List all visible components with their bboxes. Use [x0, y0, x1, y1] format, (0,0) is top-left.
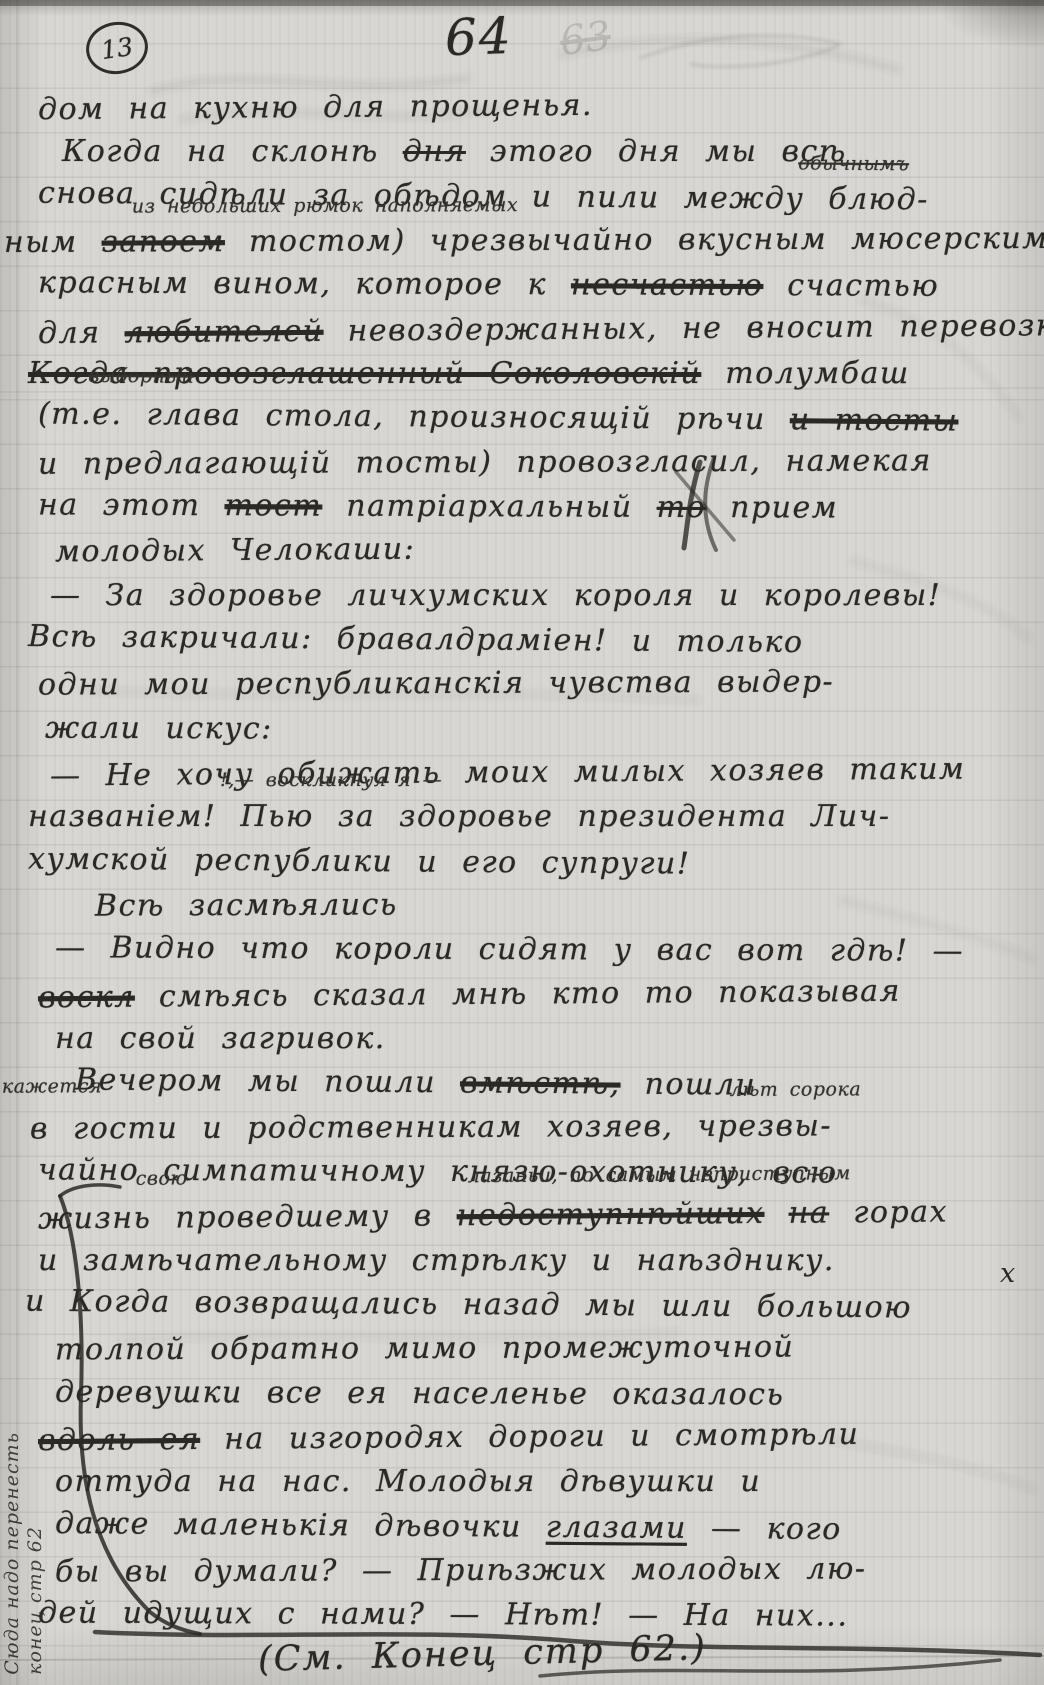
interlinear-insert: свою	[136, 1168, 188, 1188]
struck-text: дня	[403, 134, 466, 169]
bottom-reference-note: (См. Конец стр 62.)	[258, 1628, 708, 1680]
manuscript-line: хумской республики и его супруги!	[28, 839, 691, 884]
handwritten-text	[764, 1196, 788, 1231]
handwritten-text: смѣясь сказал мнѣ кто то показывая	[135, 974, 901, 1015]
struck-text: любителей	[124, 314, 323, 351]
handwritten-text: на изгородях дороги и смотрѣли	[200, 1417, 859, 1457]
manuscript-line: жизнь проведшему в недоступнѣйших на гор…	[38, 1193, 948, 1240]
handwritten-text: — За здоровье личхумских короля и короле…	[50, 578, 941, 613]
manuscript-line: бы вы думали? — Приѣзжих молодых лю-	[55, 1549, 867, 1592]
handwritten-text: ным	[4, 225, 102, 260]
handwritten-text: молодых Челокаши:	[55, 532, 416, 570]
manuscript-page: 13 64 63 дом на кухню для прощенья.Когда…	[0, 0, 1044, 1685]
interlinear-insert: лѣт сорока	[730, 1079, 861, 1100]
handwritten-text: невоздержанных, не вносит перевозки	[323, 308, 1044, 349]
interlinear-insert: !‚— воскликнул я —	[220, 770, 442, 790]
interlinear-insert: обычнымъ	[798, 153, 909, 174]
handwritten-text: и Когда возвращались назад мы шли большо…	[25, 1284, 912, 1326]
manuscript-line: на этот тост патріархальный то прием	[38, 485, 838, 528]
struck-text: вдоль ея	[38, 1422, 200, 1458]
manuscript-line: — Не хочу обижать моих милых хозяев таки…	[50, 749, 966, 796]
page-number: 64	[444, 7, 514, 67]
struck-text: на	[788, 1195, 829, 1230]
scan-edge-shadow	[0, 0, 1044, 6]
interlinear-insert: кажется	[2, 1076, 102, 1096]
handwritten-text: на этот	[38, 487, 225, 523]
manuscript-line: Всѣ закричали: бравалдраміен! и только	[28, 617, 804, 663]
struck-text: несчастью	[571, 267, 763, 303]
manuscript-line: ным запоем тостом) чрезвычайно вкусным м…	[4, 219, 1044, 263]
manuscript-line: деревушки все ея населенье оказалось	[55, 1373, 784, 1416]
handwritten-text: толпой обратно мимо промежуточной	[55, 1330, 794, 1368]
handwritten-text: дей идущих с нами? — Нѣт! — На них...	[38, 1595, 849, 1633]
handwritten-text: и предлагающій тосты) провозгласил, наме…	[38, 443, 932, 481]
manuscript-line: названіем! Пью за здоровье президента Ли…	[28, 797, 890, 837]
handwritten-text: Всѣ засмѣялись	[95, 887, 398, 923]
manuscript-line: жали искус:	[45, 709, 273, 750]
manuscript-line: и Когда возвращались назад мы шли большо…	[25, 1282, 912, 1329]
manuscript-line: оттуда на нас. Молодыя дѣвушки и	[55, 1462, 761, 1502]
manuscript-line: вдоль ея на изгородях дороги и смотрѣли	[38, 1415, 860, 1461]
manuscript-line: воскл смѣясь сказал мнѣ кто то показывая	[38, 972, 901, 1019]
handwritten-text: толумбаш	[701, 356, 910, 391]
interlinear-insert: выборный	[88, 366, 194, 387]
handwritten-text: тостом) чрезвычайно вкусным мюсерским	[225, 221, 1044, 259]
handwritten-text: жизнь проведшему в	[38, 1198, 457, 1236]
interlinear-insert: из небольших рюмок наполняемых	[132, 195, 518, 216]
manuscript-line: даже маленькія дѣвочки глазами — кого	[55, 1504, 842, 1550]
margin-note-line: конец стр 62	[24, 1526, 46, 1675]
manuscript-line: Всѣ засмѣялись	[95, 885, 398, 926]
handwritten-text: оттуда на нас. Молодыя дѣвушки и	[55, 1464, 761, 1499]
manuscript-line: Вечером мы пошли вмѣстѣ, пошли	[75, 1060, 757, 1105]
underlined-text: глазами	[546, 1510, 687, 1546]
handwritten-text: на свой загривок.	[55, 1021, 386, 1056]
handwritten-text: (т.е. глава стола, произносящій рѣчи	[38, 396, 790, 437]
manuscript-line: красным вином, которое к несчастью счаст…	[38, 263, 939, 306]
handwritten-text: в гости и родственникам хозяев, чрезвы-	[30, 1108, 832, 1146]
handwritten-text: счастью	[763, 268, 939, 304]
manuscript-line: и предлагающій тосты) провозгласил, наме…	[38, 441, 932, 484]
manuscript-line: — Видно что короли сидят у вас вот гдѣ! …	[55, 928, 964, 971]
manuscript-line: (т.е. глава стола, произносящій рѣчи и т…	[38, 394, 959, 441]
handwritten-text: одни мои республиканскія чувства выдер-	[38, 664, 834, 702]
interlinear-insert: лазаньи, по самым неприступным	[468, 1163, 851, 1186]
struck-text: запоем	[102, 224, 225, 259]
manuscript-line: и замѣчательному стрѣлку и наѣзднику.	[38, 1241, 835, 1281]
handwritten-text: даже маленькія дѣвочки	[55, 1506, 546, 1545]
manuscript-line: дом на кухню для прощенья.	[38, 86, 593, 130]
manuscript-line: толпой обратно мимо промежуточной	[55, 1328, 794, 1371]
crossed-out-old-page-number: 63	[557, 13, 613, 65]
struck-text: тост	[224, 488, 322, 523]
handwritten-text: Когда на склонѣ	[62, 134, 403, 169]
handwritten-text: Всѣ закричали: бравалдраміен! и только	[28, 619, 804, 660]
circled-sheet-number-value: 13	[99, 31, 135, 64]
margin-note-line: Сюда надо перенесть	[1, 1432, 23, 1675]
handwritten-text: для	[38, 315, 125, 351]
manuscript-line: молодых Челокаши:	[55, 530, 416, 573]
manuscript-line: — За здоровье личхумских короля и короле…	[50, 576, 941, 616]
handwritten-text: этого дня мы всѣ	[466, 134, 847, 169]
struck-text: вмѣстѣ,	[460, 1065, 621, 1101]
manuscript-line: на свой загривок.	[55, 1019, 386, 1059]
handwritten-text: красным вином, которое к	[38, 265, 571, 302]
pencil-squiggle	[640, 36, 840, 67]
manuscript-line: в гости и родственникам хозяев, чрезвы-к…	[30, 1106, 832, 1149]
struck-text: воскл	[38, 980, 135, 1016]
struck-text: и тосты	[790, 402, 959, 438]
manuscript-line: дей идущих с нами? — Нѣт! — На них...	[38, 1593, 849, 1636]
manuscript-line: для любителей невоздержанных, не вносит …	[38, 306, 1044, 354]
manuscript-line: Когда на склонѣ дня этого дня мы всѣ	[62, 132, 847, 172]
handwritten-text: патріархальный	[322, 489, 657, 525]
handwritten-text: — кого	[687, 1511, 842, 1547]
handwritten-text: прием	[706, 490, 838, 526]
left-margin-vertical-note: Сюда надо перенесть конец стр 62	[1, 1255, 46, 1675]
struck-text: недоступнѣйших	[457, 1196, 765, 1233]
handwritten-text: и замѣчательному стрѣлку и наѣзднику.	[38, 1243, 835, 1278]
insertion-x-mark: х	[1000, 1258, 1015, 1289]
handwritten-text: горах	[829, 1195, 948, 1231]
handwritten-text: бы вы думали? — Приѣзжих молодых лю-	[55, 1551, 867, 1589]
handwritten-text: названіем! Пью за здоровье президента Ли…	[28, 799, 890, 834]
handwritten-text: деревушки все ея населенье оказалось	[55, 1375, 784, 1413]
handwritten-text: жали искус:	[45, 711, 273, 747]
handwritten-text: дом на кухню для прощенья.	[38, 88, 593, 127]
circled-sheet-number: 13	[83, 18, 152, 78]
handwritten-text: хумской республики и его супруги!	[28, 841, 691, 881]
manuscript-line: одни мои республиканскія чувства выдер-	[38, 662, 834, 705]
handwritten-text: — Видно что короли сидят у вас вот гдѣ! …	[55, 930, 964, 968]
handwritten-text: — Не хочу обижать моих милых хозяев таки…	[50, 751, 966, 793]
struck-text: то	[657, 490, 707, 525]
handwritten-text: Вечером мы пошли	[75, 1062, 460, 1100]
